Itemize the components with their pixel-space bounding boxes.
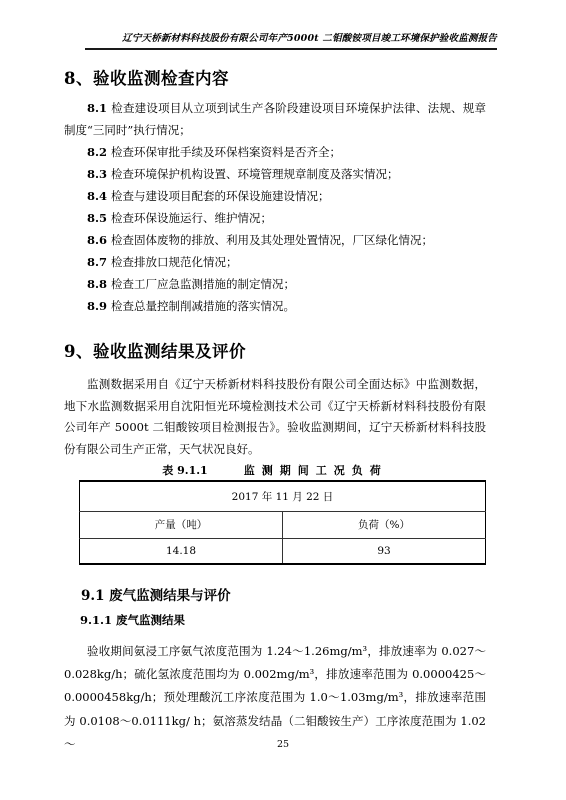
item-text: 检查环境保护机构设置、环境管理规章制度及落实情况； xyxy=(111,167,399,181)
item-number: 8.4 xyxy=(87,189,107,203)
section-8-item-list: 8.1检查建设项目从立项到试生产各阶段建设项目环境保护法律、法规、规章制度“三同… xyxy=(64,97,486,317)
item-number: 8.1 xyxy=(87,101,107,115)
item-text: 检查固体废物的排放、利用及其处理处置情况，厂区绿化情况； xyxy=(111,233,433,247)
table-caption-title: 监测期间工况负荷 xyxy=(244,464,388,477)
document-page: 辽宁天桥新材料科技股份有限公司年产5000t 二钼酸铵项目竣工环境保护验收监测报… xyxy=(0,0,566,800)
table-cell-output-value: 14.18 xyxy=(80,538,283,564)
item-number: 8.5 xyxy=(87,211,107,225)
table-row-values: 14.18 93 xyxy=(80,538,486,564)
item-number: 8.7 xyxy=(87,255,107,269)
item-number: 8.3 xyxy=(87,167,107,181)
item-text: 检查建设项目从立项到试生产各阶段建设项目环境保护法律、法规、规章制度“三同时”执… xyxy=(64,101,486,137)
table-cell-load-value: 93 xyxy=(283,538,486,564)
list-item: 8.6检查固体废物的排放、利用及其处理处置情况，厂区绿化情况； xyxy=(64,229,486,251)
table-caption: 表 9.1.1监测期间工况负荷 xyxy=(64,464,486,478)
item-number: 8.9 xyxy=(87,299,107,313)
table-caption-number: 表 9.1.1 xyxy=(162,464,207,477)
list-item: 8.1检查建设项目从立项到试生产各阶段建设项目环境保护法律、法规、规章制度“三同… xyxy=(64,97,486,141)
item-text: 检查总量控制削减措施的落实情况。 xyxy=(111,299,295,313)
section-9-1-heading: 9.1 废气监测结果与评价 xyxy=(81,587,486,605)
item-text: 检查工厂应急监测措施的制定情况； xyxy=(111,277,295,291)
table-header-output: 产量（吨） xyxy=(80,511,283,538)
list-item: 8.8检查工厂应急监测措施的制定情况； xyxy=(64,273,486,295)
section-9-1-1-heading: 9.1.1 废气监测结果 xyxy=(80,612,486,628)
list-item: 8.4检查与建设项目配套的环保设施建设情况； xyxy=(64,185,486,207)
list-item: 8.2检查环保审批手续及环保档案资料是否齐全； xyxy=(64,141,486,163)
item-text: 检查环保设施运行、维护情况； xyxy=(111,211,272,225)
list-item: 8.9检查总量控制削减措施的落实情况。 xyxy=(64,295,486,317)
item-text: 检查与建设项目配套的环保设施建设情况； xyxy=(111,189,330,203)
section-9-heading: 9、验收监测结果及评价 xyxy=(64,341,486,362)
list-item: 8.3检查环境保护机构设置、环境管理规章制度及落实情况； xyxy=(64,163,486,185)
table-cell-date: 2017 年 11 月 22 日 xyxy=(80,481,486,512)
item-text: 检查排放口规范化情况； xyxy=(111,255,238,269)
item-number: 8.2 xyxy=(87,145,107,159)
table-row-date: 2017 年 11 月 22 日 xyxy=(80,481,486,512)
section-8-heading: 8、验收监测检查内容 xyxy=(64,68,486,89)
page-number: 25 xyxy=(0,739,566,750)
item-number: 8.8 xyxy=(87,277,107,291)
item-number: 8.6 xyxy=(87,233,107,247)
list-item: 8.7检查排放口规范化情况； xyxy=(64,251,486,273)
section-9-intro-paragraph: 监测数据采用自《辽宁天桥新材料科技股份有限公司全面达标》中监测数据，地下水监测数… xyxy=(64,374,486,461)
table-header-load: 负荷（%） xyxy=(283,511,486,538)
load-condition-table: 2017 年 11 月 22 日 产量（吨） 负荷（%） 14.18 93 xyxy=(79,480,486,565)
list-item: 8.5检查环保设施运行、维护情况； xyxy=(64,207,486,229)
table-row-headers: 产量（吨） 负荷（%） xyxy=(80,511,486,538)
page-content: 8、验收监测检查内容 8.1检查建设项目从立项到试生产各阶段建设项目环境保护法律… xyxy=(64,0,486,756)
item-text: 检查环保审批手续及环保档案资料是否齐全； xyxy=(111,145,341,159)
